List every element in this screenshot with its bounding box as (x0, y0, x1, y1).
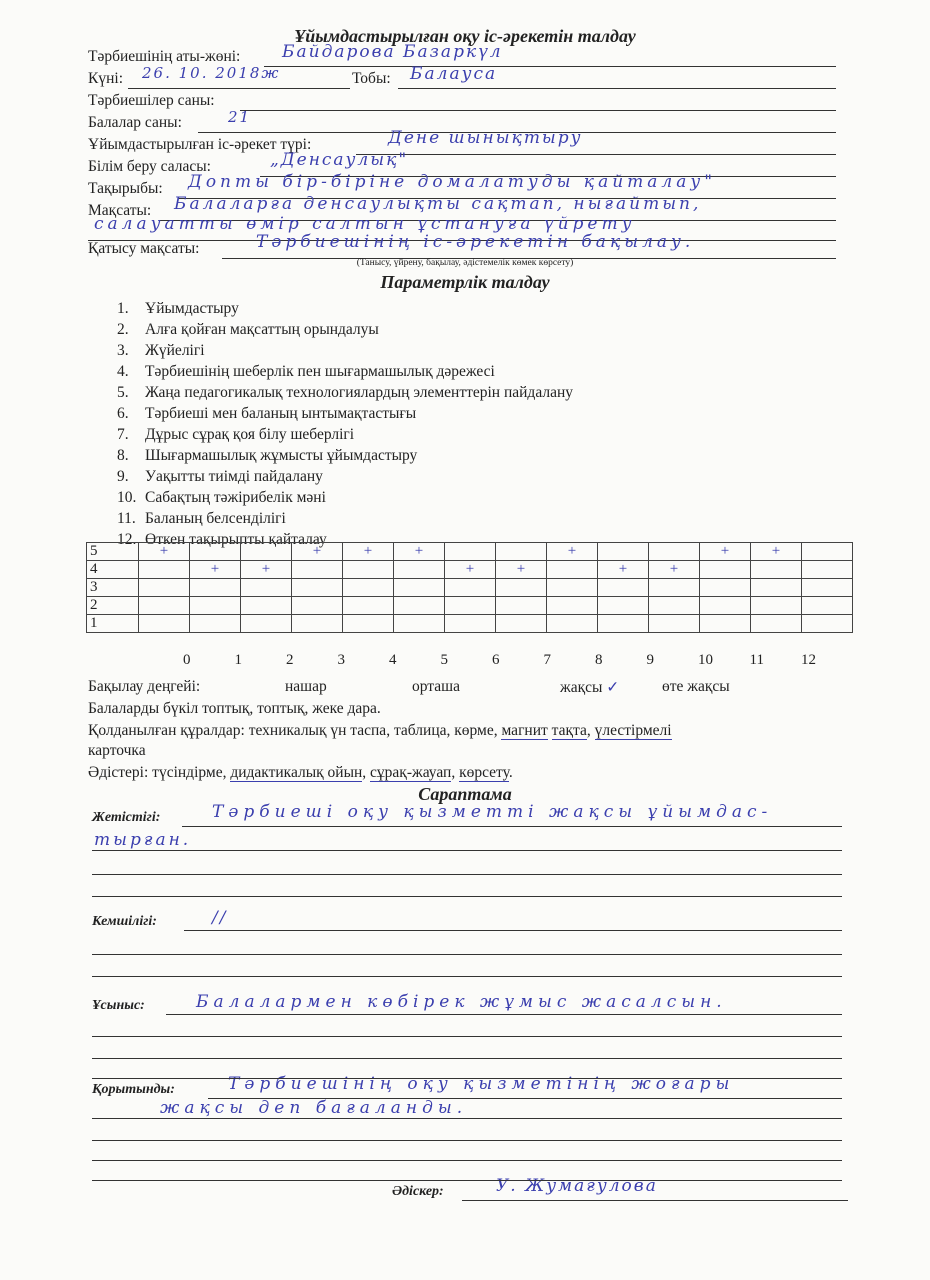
grid-row: 3 (87, 579, 853, 597)
topic-value[interactable]: Допты бір-біріне домалатуды қайталау" (188, 172, 716, 192)
grid-cell[interactable] (649, 597, 700, 615)
grid-cell[interactable] (445, 615, 496, 633)
ruled-line (92, 896, 842, 897)
grid-cell[interactable] (802, 543, 853, 561)
evaluation-level-row: Бақылау деңгейі: (88, 678, 200, 696)
item-number: 9. (117, 466, 145, 487)
grid-cell[interactable] (139, 579, 190, 597)
grid-cell[interactable] (700, 615, 751, 633)
grid-cell[interactable] (649, 615, 700, 633)
grid-cell[interactable] (343, 597, 394, 615)
x-tick-label: 9 (647, 652, 655, 669)
children-count-value[interactable]: 21 (228, 108, 251, 126)
grid-cell[interactable] (649, 579, 700, 597)
grid-cell[interactable] (547, 597, 598, 615)
teacher-name-value[interactable]: Байдарова Базаркүл (282, 42, 503, 62)
item-number: 2. (117, 319, 145, 340)
x-tick-label: 2 (286, 652, 294, 669)
item-label: Жүйелігі (145, 342, 205, 359)
field-date-label: Күні: (88, 70, 123, 88)
grid-cell[interactable] (190, 615, 241, 633)
item-number: 11. (117, 508, 145, 529)
grid-cell[interactable] (394, 615, 445, 633)
ruled-line (92, 976, 842, 977)
grid-cell[interactable] (343, 579, 394, 597)
grid-cell[interactable] (139, 597, 190, 615)
ruled-line (92, 1140, 842, 1141)
parametric-item: 6.Тәрбиеші мен баланың ынтымақтастығы (117, 403, 573, 424)
grid-cell[interactable] (241, 543, 292, 561)
grid-cell[interactable] (394, 561, 445, 579)
methods-plain: түсіндірме, (148, 764, 230, 781)
method-underlined: сұрақ-жауап (370, 764, 451, 782)
grid-cell[interactable]: + (241, 561, 292, 579)
grid-cell[interactable]: + (700, 543, 751, 561)
grid-cell[interactable] (598, 579, 649, 597)
grid-cell[interactable] (547, 615, 598, 633)
field-group-label: Тобы: (352, 70, 391, 88)
item-number: 3. (117, 340, 145, 361)
goal-value-line2[interactable]: салауатты өмір салтын ұстануға үйрету (94, 214, 635, 234)
item-label: Алға қойған мақсаттың орындалуы (145, 321, 379, 338)
strengths-line2[interactable]: тырған. (94, 830, 191, 850)
grid-cell[interactable] (700, 579, 751, 597)
field-attendance-goal-label: Қатысу мақсаты: (88, 240, 199, 258)
grid-cell[interactable]: + (598, 561, 649, 579)
grid-cell[interactable] (496, 579, 547, 597)
grid-row: 4++++++ (87, 561, 853, 579)
grid-cell[interactable] (343, 615, 394, 633)
grid-cell[interactable] (802, 561, 853, 579)
grid-cell[interactable] (445, 597, 496, 615)
tool-underlined: тақта (552, 722, 587, 740)
tool-underlined: үлестірмелі (595, 722, 672, 740)
item-number: 5. (117, 382, 145, 403)
parametric-item: 3.Жүйелігі (117, 340, 573, 361)
grid-cell[interactable] (190, 579, 241, 597)
x-tick-label: 12 (801, 652, 816, 669)
item-number: 8. (117, 445, 145, 466)
grid-cell[interactable]: + (496, 561, 547, 579)
item-number: 4. (117, 361, 145, 382)
x-tick-label: 4 (389, 652, 397, 669)
weaknesses-line1[interactable]: // (212, 908, 227, 928)
item-label: Дұрыс сұрақ қоя білу шеберлігі (145, 426, 354, 443)
attendance-goal-hint: (Танысу, үйрену, бақылау, әдістемелік кө… (0, 258, 930, 268)
ruled-line (92, 1058, 842, 1059)
item-label: Ұйымдастыру (145, 300, 239, 317)
x-tick-label: 7 (544, 652, 552, 669)
row-label: 5 (87, 543, 139, 561)
grid-cell[interactable] (496, 615, 547, 633)
x-tick-label: 1 (235, 652, 243, 669)
item-label: Тәрбиеші мен баланың ынтымақтастығы (145, 405, 416, 422)
item-label: Уақытты тиімді пайдалану (145, 468, 323, 485)
grid-cell[interactable] (241, 597, 292, 615)
item-label: Сабақтың тәжірибелік мәні (145, 489, 326, 506)
ruled-line (92, 1036, 842, 1037)
field-label: Тәрбиешінің аты-жөні: (88, 48, 240, 65)
conclusion-label: Қорытынды: (92, 1082, 175, 1098)
item-number: 6. (117, 403, 145, 424)
grid-cell[interactable] (547, 561, 598, 579)
item-label: Баланың белсенділігі (145, 510, 286, 527)
item-number: 1. (117, 298, 145, 319)
methodist-value[interactable]: У. Жумағулова (496, 1176, 658, 1196)
method-underlined: дидактикалық ойын (230, 764, 362, 782)
ruled-line (92, 1180, 842, 1181)
tool-underlined: магнит (501, 722, 547, 740)
grid-cell[interactable]: + (292, 543, 343, 561)
grid-row: 5+++++++ (87, 543, 853, 561)
ruled-line (92, 850, 842, 851)
ruled-line (184, 930, 842, 931)
grid-cell[interactable]: + (139, 543, 190, 561)
field-line (462, 1200, 848, 1201)
x-tick-label: 3 (338, 652, 346, 669)
grid-cell[interactable] (751, 615, 802, 633)
grid-cell[interactable]: + (649, 561, 700, 579)
grid-cell[interactable] (139, 561, 190, 579)
grid-cell[interactable] (751, 579, 802, 597)
level-option-good-label: жақсы (560, 679, 602, 696)
item-number: 10. (117, 487, 145, 508)
row-label: 3 (87, 579, 139, 597)
strengths-line1[interactable]: Тәрбиеші оқу қызметті жақсы ұйымдас- (212, 802, 772, 822)
grid-cell[interactable]: + (445, 561, 496, 579)
grid-cell[interactable]: + (394, 543, 445, 561)
field-topic-label: Тақырыбы: (88, 180, 163, 198)
tools-text: Қолданылған құралдар: техникалық үн тасп… (88, 722, 672, 740)
ruled-line (92, 1118, 842, 1119)
level-option-good[interactable]: жақсы ✓ (560, 678, 619, 697)
ruled-line (208, 1098, 842, 1099)
parametric-item: 8.Шығармашылық жұмысты ұйымдастыру (117, 445, 573, 466)
suggestion-line1[interactable]: Балалармен көбірек жұмыс жасалсын. (196, 992, 727, 1012)
parametric-item: 2.Алға қойған мақсаттың орындалуы (117, 319, 573, 340)
grid-cell[interactable] (598, 615, 649, 633)
parametric-item: 10.Сабақтың тәжірибелік мәні (117, 487, 573, 508)
grid-cell[interactable] (547, 579, 598, 597)
item-label: Жаңа педагогикалық технологиялардың элем… (145, 384, 573, 401)
tools-plain: техникалық үн таспа, таблица, көрме, (245, 722, 502, 739)
grid-cell[interactable] (292, 615, 343, 633)
x-tick-label: 8 (595, 652, 603, 669)
ruled-line (92, 1078, 842, 1079)
conclusion-line2[interactable]: жақсы деп бағаланды. (160, 1098, 467, 1118)
field-line (398, 88, 836, 89)
x-tick-label: 10 (698, 652, 713, 669)
row-label: 4 (87, 561, 139, 579)
suggestion-label: Ұсыныс: (92, 998, 145, 1014)
methods-text: Әдістері: түсіндірме, дидактикалық ойын,… (88, 764, 513, 782)
level-option-average[interactable]: орташа (412, 678, 460, 696)
grid-cell[interactable] (496, 597, 547, 615)
grid-cell[interactable] (598, 543, 649, 561)
grid-cell[interactable] (802, 579, 853, 597)
grouping-text: Балаларды бүкіл топтық, топтық, жеке дар… (88, 700, 381, 718)
grid-cell[interactable] (292, 579, 343, 597)
grid-cell[interactable] (700, 597, 751, 615)
grid-x-axis: 0123456789101112 (0, 652, 930, 672)
grid-cell[interactable]: + (190, 561, 241, 579)
x-tick-label: 6 (492, 652, 500, 669)
tools-line2: карточка (88, 742, 146, 760)
grid-cell[interactable]: + (547, 543, 598, 561)
row-label: 2 (87, 597, 139, 615)
level-option-poor[interactable]: нашар (285, 678, 327, 696)
grid-cell[interactable] (445, 543, 496, 561)
parametric-item: 9.Уақытты тиімді пайдалану (117, 466, 573, 487)
parametric-list: 1.Ұйымдастыру2.Алға қойған мақсаттың оры… (117, 298, 573, 550)
row-label: 1 (87, 615, 139, 633)
method-underlined: көрсету (459, 764, 509, 782)
grid-cell[interactable] (139, 615, 190, 633)
ruled-line (166, 1014, 842, 1015)
grid-cell[interactable] (241, 579, 292, 597)
grid-cell[interactable] (700, 561, 751, 579)
grid-cell[interactable] (292, 561, 343, 579)
grid-cell[interactable] (802, 597, 853, 615)
grid-cell[interactable] (343, 561, 394, 579)
x-tick-label: 5 (441, 652, 449, 669)
field-line (356, 154, 836, 155)
grid-cell[interactable] (802, 615, 853, 633)
score-grid: 5+++++++4++++++321 (86, 542, 853, 633)
teachers-count-value[interactable] (240, 110, 836, 111)
grid-cell[interactable] (190, 597, 241, 615)
grid-cell[interactable] (496, 543, 547, 561)
parametric-item: 4.Тәрбиешінің шеберлік пен шығармашылық … (117, 361, 573, 382)
activity-type-value[interactable]: Дене шынықтыру (388, 128, 583, 148)
grid-cell[interactable]: + (343, 543, 394, 561)
ruled-line (182, 826, 842, 827)
weaknesses-label: Кемшілігі: (92, 914, 157, 930)
parametric-title: Параметрлік талдау (0, 272, 930, 293)
ruled-line (92, 1160, 842, 1161)
education-area-value[interactable]: „Денсаулық" (270, 150, 408, 170)
item-label: Тәрбиешінің шеберлік пен шығармашылық дә… (145, 363, 495, 380)
grid-row: 1 (87, 615, 853, 633)
grid-cell[interactable] (751, 561, 802, 579)
grid-cell[interactable] (394, 597, 445, 615)
conclusion-line1[interactable]: Тәрбиешінің оқу қызметінің жоғары (228, 1074, 734, 1094)
level-option-excellent[interactable]: өте жақсы (662, 678, 730, 696)
grid-cell[interactable]: + (751, 543, 802, 561)
field-children-count-label: Балалар саны: (88, 114, 182, 132)
evaluation-level-label: Бақылау деңгейі: (88, 678, 200, 695)
x-tick-label: 11 (750, 652, 764, 669)
parametric-item: 11.Баланың белсенділігі (117, 508, 573, 529)
check-mark-icon: ✓ (606, 679, 619, 696)
grid-cell[interactable] (292, 597, 343, 615)
grid-cell[interactable] (751, 597, 802, 615)
strengths-label: Жетістігі: (92, 810, 160, 826)
field-line (128, 88, 350, 89)
ruled-line (92, 954, 842, 955)
parametric-item: 7.Дұрыс сұрақ қоя білу шеберлігі (117, 424, 573, 445)
parametric-item: 1.Ұйымдастыру (117, 298, 573, 319)
grid-cell[interactable] (445, 579, 496, 597)
grid-row: 2 (87, 597, 853, 615)
group-value[interactable]: Балауса (410, 64, 497, 84)
attendance-goal-value[interactable]: Тәрбиешінің іс-әрекетін бақылау. (256, 232, 694, 252)
parametric-item: 5.Жаңа педагогикалық технологиялардың эл… (117, 382, 573, 403)
grid-cell[interactable] (241, 615, 292, 633)
date-value[interactable]: 26. 10. 2018ж (142, 64, 280, 82)
grid-cell[interactable] (394, 579, 445, 597)
field-line (264, 66, 836, 67)
ruled-line (92, 874, 842, 875)
grid-cell[interactable] (598, 597, 649, 615)
field-teachers-count-label: Тәрбиешілер саны: (88, 92, 215, 110)
methods-label: Әдістері: (88, 764, 148, 781)
x-tick-label: 0 (183, 652, 191, 669)
tools-label: Қолданылған құралдар: (88, 722, 245, 739)
grid-cell[interactable] (190, 543, 241, 561)
item-label: Шығармашылық жұмысты ұйымдастыру (145, 447, 417, 464)
goal-value-line1[interactable]: Балаларға денсаулықты сақтап, нығайтып, (174, 194, 701, 214)
item-number: 7. (117, 424, 145, 445)
grid-cell[interactable] (649, 543, 700, 561)
methodist-label: Әдіскер: (392, 1184, 444, 1200)
